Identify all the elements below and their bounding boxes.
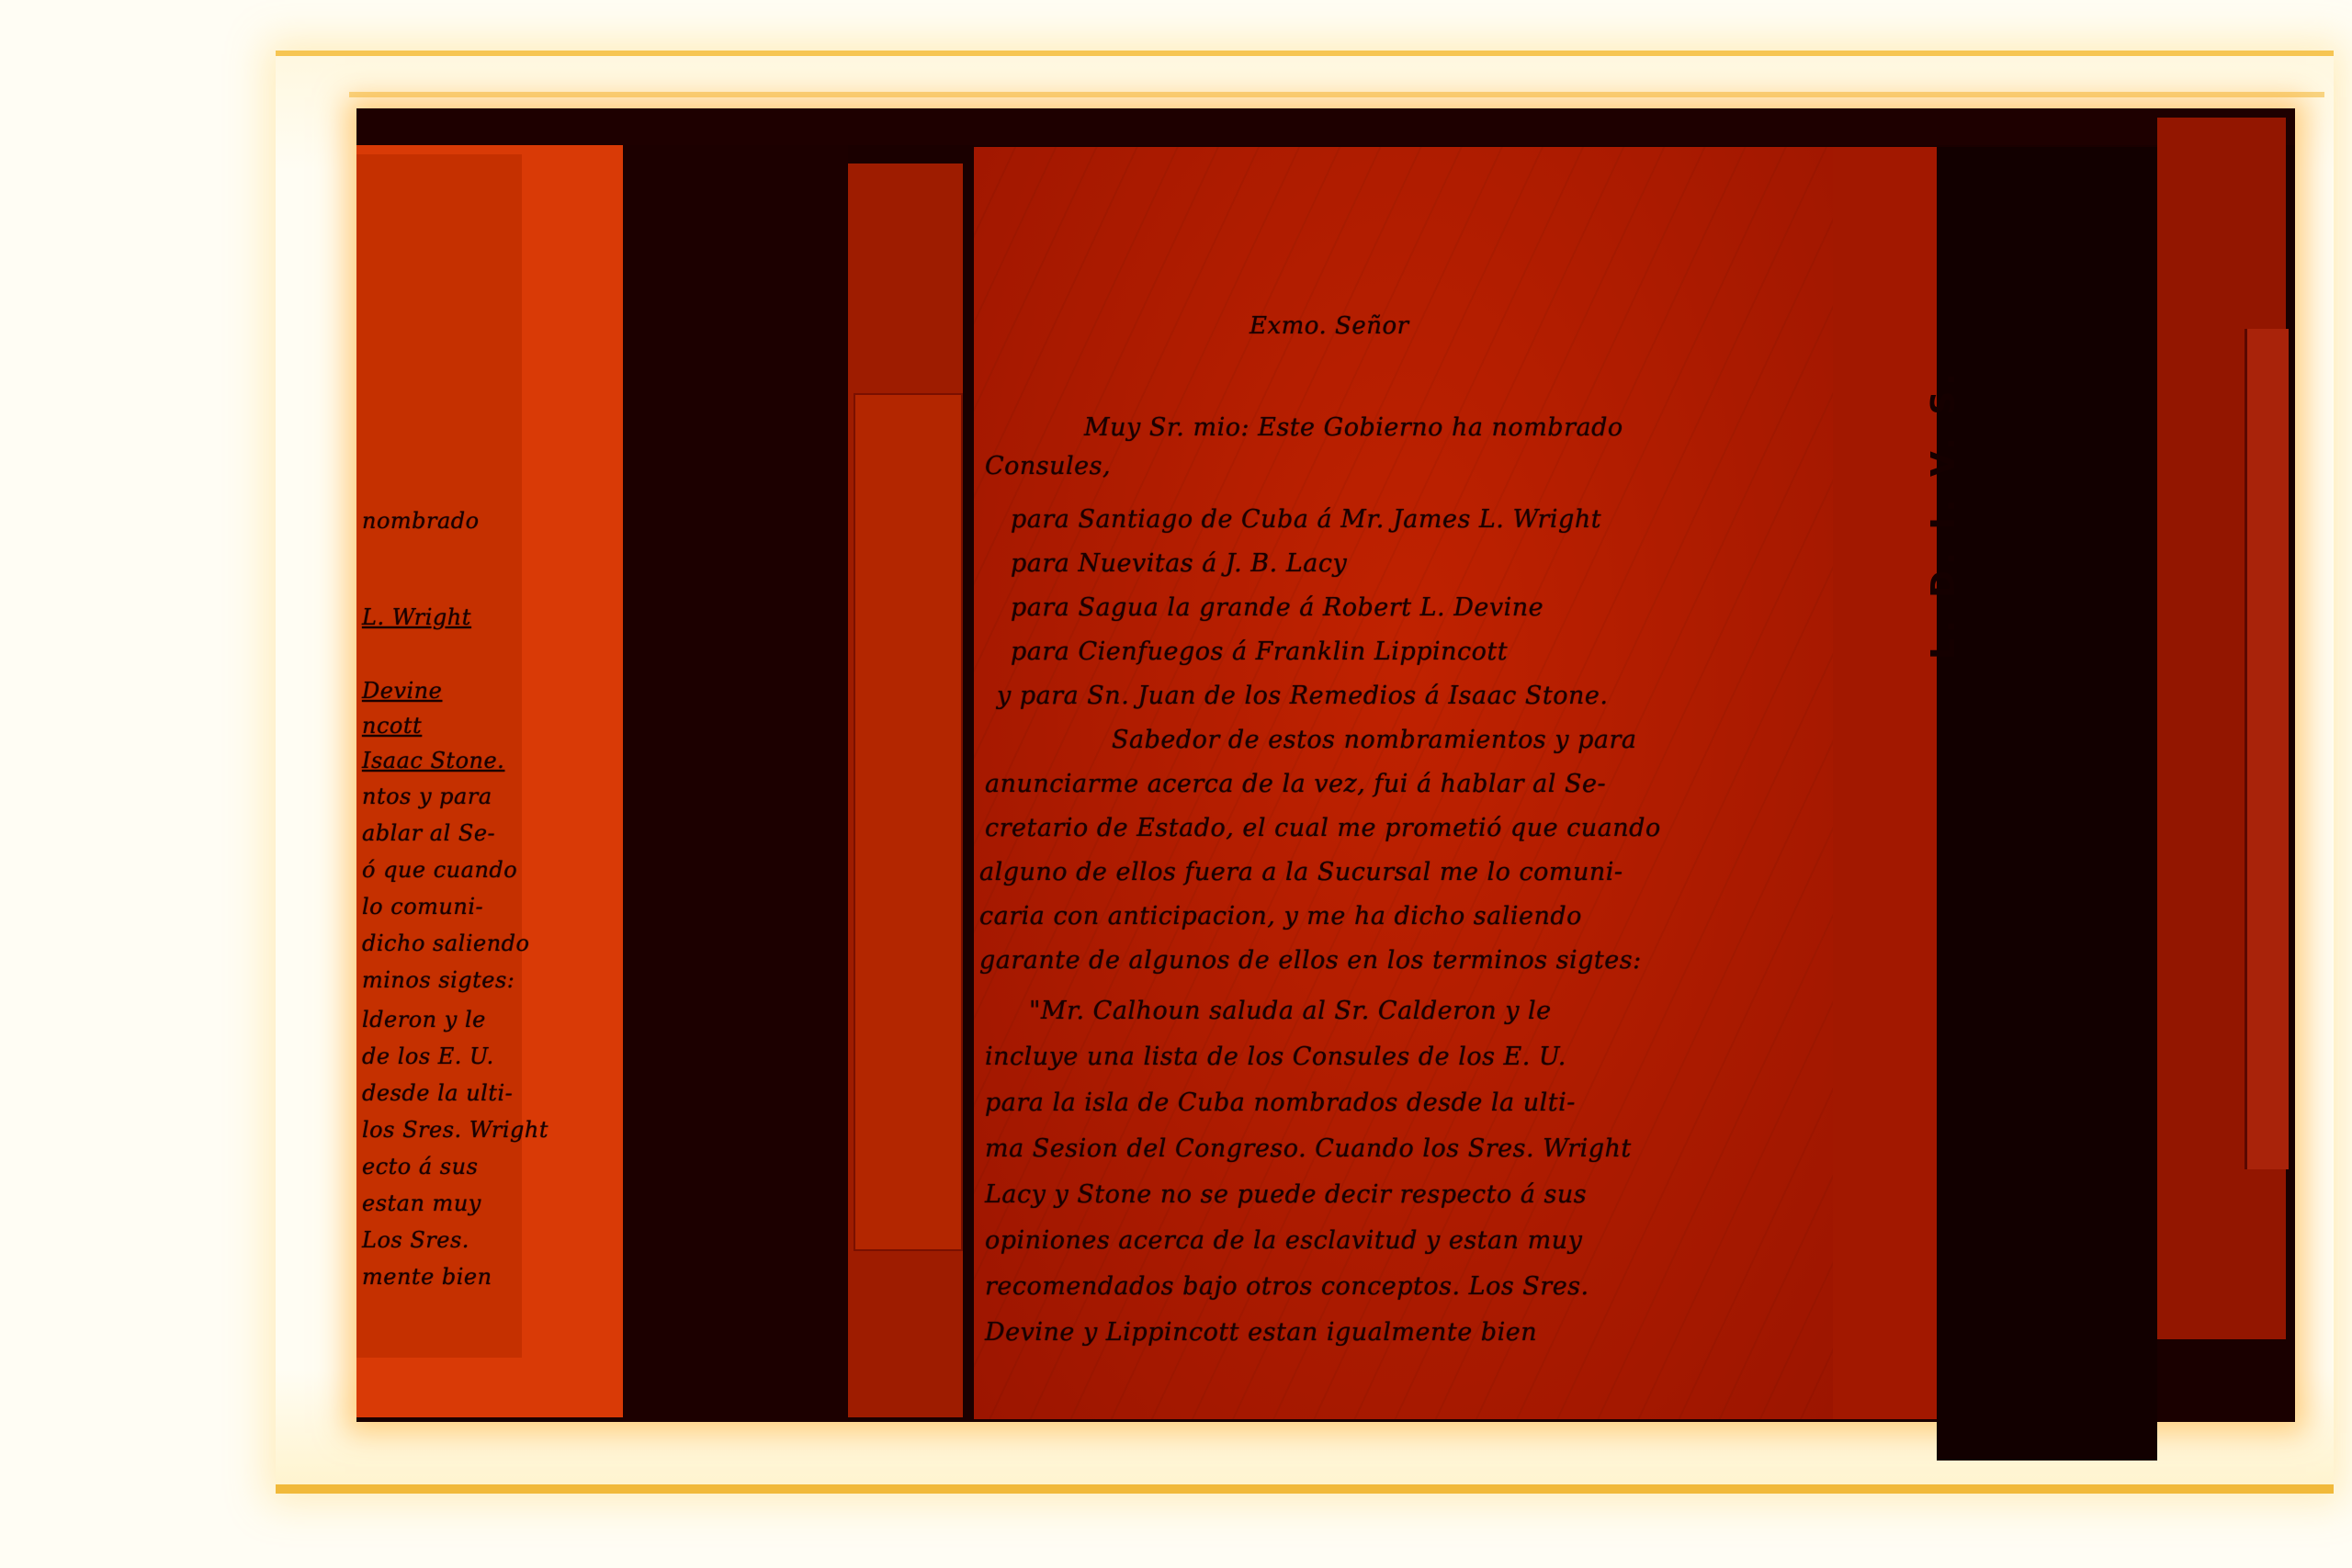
left-dark-band <box>623 145 848 1422</box>
left-fragment-line: de los E. U. <box>362 1043 494 1069</box>
letter-line: para Santiago de Cuba á Mr. James L. Wri… <box>1011 505 1601 534</box>
letter-line: ma Sesion del Congreso. Cuando los Sres.… <box>985 1134 1632 1163</box>
left-fragment-line: los Sres. Wright <box>362 1117 548 1143</box>
letter-line: incluye una lista de los Consules de los… <box>985 1043 1566 1071</box>
left-fragment-line: ntos y para <box>362 784 492 809</box>
top-dark-band <box>356 108 2295 145</box>
left-fragment-line: dicho saliendo <box>362 931 529 956</box>
left-fragment-line: lderon y le <box>362 1007 486 1032</box>
left-fragment-line: minos sigtes: <box>362 967 514 993</box>
letter-line: "Mr. Calhoun saluda al Sr. Calderon y le <box>1029 997 1552 1025</box>
letter-line: cretario de Estado, el cual me prometió … <box>985 814 1661 842</box>
right-page-fragment <box>2157 118 2286 1339</box>
left-fragment-line: Devine <box>362 678 442 704</box>
letter-line: alguno de ellos fuera a la Sucursal me l… <box>979 858 1623 886</box>
left-fragment-line: desde la ulti- <box>362 1080 513 1106</box>
letter-line: y para Sn. Juan de los Remedios á Isaac … <box>997 682 1608 710</box>
left-page-fragment: nombrado L. Wright Devine ncott Isaac St… <box>356 145 623 1417</box>
main-page-right-margin <box>1833 147 1952 1419</box>
left-fragment-line: ablar al Se- <box>362 820 495 846</box>
left-fragment-line: estan muy <box>362 1190 481 1216</box>
left-fragment-line: Los Sres. <box>362 1227 469 1253</box>
salutation: Exmo. Señor <box>1249 312 1409 340</box>
main-letter-page: Exmo. Señor Muy Sr. mio: Este Gobierno h… <box>974 147 1833 1419</box>
letter-line: Consules, <box>985 452 1111 480</box>
right-page-tab <box>2245 329 2289 1169</box>
letter-line: Lacy y Stone no se puede decir respecto … <box>985 1180 1587 1209</box>
left-fragment-line: lo comuni- <box>362 894 483 919</box>
right-dark-band <box>1937 147 2157 1461</box>
letter-line: para la isla de Cuba nombrados desde la … <box>985 1089 1576 1117</box>
letter-line: Devine y Lippincott estan igualmente bie… <box>985 1318 1537 1347</box>
letter-line: anunciarme acerca de la vez, fui á habla… <box>985 770 1606 798</box>
side-stamp-text: L. D. I. V. S. <box>1925 367 1962 660</box>
left-fragment-line: L. Wright <box>362 604 471 630</box>
letter-line: Sabedor de estos nombramientos y para <box>1112 726 1637 754</box>
letter-line: garante de algunos de ellos en los termi… <box>979 946 1642 975</box>
letter-line: para Nuevitas á J. B. Lacy <box>1011 549 1347 578</box>
folded-strip-page <box>848 164 963 1417</box>
strip-tab <box>854 393 963 1251</box>
letter-line: recomendados bajo otros conceptos. Los S… <box>985 1272 1589 1301</box>
letter-line: para Cienfuegos á Franklin Lippincott <box>1011 637 1508 666</box>
film-edge-line <box>349 92 2324 97</box>
letter-line: para Sagua la grande á Robert L. Devine <box>1011 593 1543 622</box>
left-fragment-line: ecto á sus <box>362 1154 478 1179</box>
left-fragment-line: nombrado <box>362 508 480 534</box>
microfilm-frame: nombrado L. Wright Devine ncott Isaac St… <box>356 108 2295 1422</box>
left-fragment-line: Isaac Stone. <box>362 748 504 773</box>
letter-line: Muy Sr. mio: Este Gobierno ha nombrado <box>1084 413 1623 442</box>
letter-line: caria con anticipacion, y me ha dicho sa… <box>979 902 1582 931</box>
left-fragment-line: mente bien <box>362 1264 492 1290</box>
left-fragment-line: ó que cuando <box>362 857 517 883</box>
left-fragment-line: ncott <box>362 713 422 739</box>
letter-line: opiniones acerca de la esclavitud y esta… <box>985 1226 1582 1255</box>
